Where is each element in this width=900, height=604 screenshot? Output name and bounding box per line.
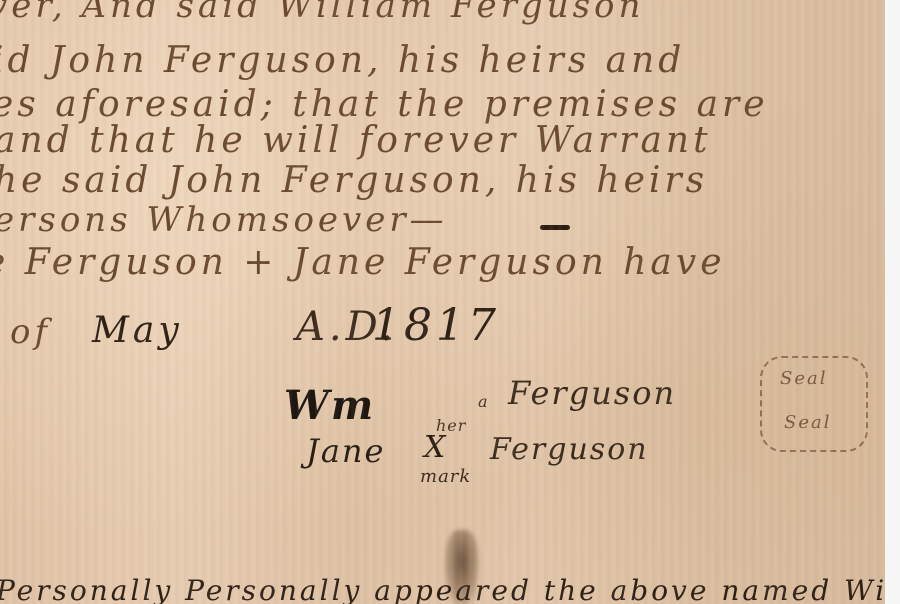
text-line-4: and that he will forever Warrant — [0, 120, 712, 161]
signature-2-mark-symbol: X — [424, 430, 449, 465]
document-page: ver, And said William Ferguson id John F… — [0, 0, 885, 604]
text-line-3: es aforesaid; that the premises are — [0, 84, 769, 125]
signature-2-given-name: Jane — [306, 432, 385, 470]
seal-scroll-icon: Seal Seal — [760, 356, 868, 452]
signature-2-mark-label: mark — [420, 466, 471, 487]
text-line-7: e Ferguson + Jane Ferguson have — [0, 242, 726, 283]
text-line-1: ver, And said William Ferguson — [0, 0, 644, 26]
date-of: of — [10, 312, 51, 352]
signature-1-given-name: Wm — [284, 382, 375, 429]
date-month: May — [92, 310, 183, 351]
scan-margin — [885, 0, 900, 604]
text-line-2: id John Ferguson, his heirs and — [0, 40, 685, 81]
text-line-5: he said John Ferguson, his heirs — [0, 160, 708, 201]
ink-dash — [540, 225, 570, 230]
bottom-text-line: Personally Personally appeared the above… — [0, 574, 885, 604]
date-year: 1817 — [372, 300, 500, 351]
seal-label-1: Seal — [780, 368, 827, 389]
text-line-6: ersons Whomsoever— — [0, 200, 448, 240]
signature-1-surname: Ferguson — [508, 374, 676, 412]
seal-label-2: Seal — [784, 412, 831, 433]
signature-2-surname: Ferguson — [490, 432, 649, 467]
signature-1-superscript: a — [478, 392, 489, 411]
